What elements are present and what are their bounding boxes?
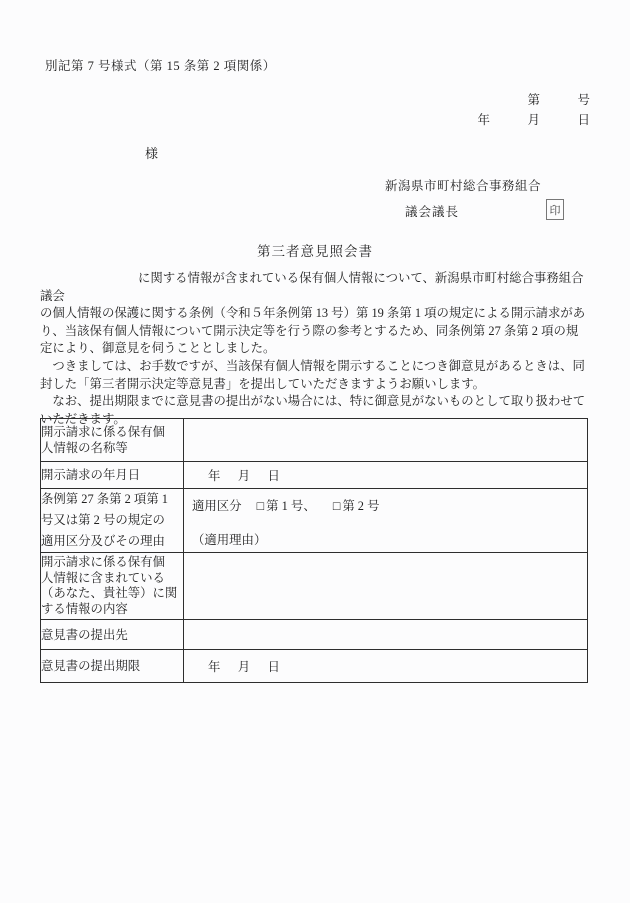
form-number: 別記第 7 号様式（第 15 条第 2 項関係） xyxy=(45,56,276,74)
checkbox-icon: □ xyxy=(333,499,340,513)
body-paragraph-1: に関する情報が含まれている保有個人情報について、新潟県市町村総合事務組合議会 の… xyxy=(40,270,592,358)
sender-org-name: 新潟県市町村総合事務組合 xyxy=(385,176,541,194)
doc-number-line: 第 号 xyxy=(477,90,590,110)
doc-number-date-block: 第 号 年 月 日 xyxy=(477,90,590,130)
sender-block: 新潟県市町村総合事務組合 議会議長 印 xyxy=(385,176,595,224)
body-text: に関する情報が含まれている保有個人情報について、新潟県市町村総合事務組合議会 の… xyxy=(40,270,592,428)
option-1: □第 1 号、 xyxy=(257,499,316,513)
checkbox-icon: □ xyxy=(257,499,264,513)
option-2-label: 第 2 号 xyxy=(342,499,379,513)
table-row: 開示請求に係る保有個 人情報に含まれている （あなた、貴社等）に関 する情報の内… xyxy=(41,553,588,620)
row-value-cell: 年 月 日 xyxy=(184,462,588,489)
addressee-line: 様 xyxy=(40,143,158,162)
body-paragraph-2: つきましては、お手数ですが、当該保有個人情報を開示することにつき御意見があるとき… xyxy=(40,358,592,393)
apply-category-label: 適用区分 xyxy=(192,499,242,513)
table-row: 意見書の提出先 xyxy=(41,620,588,650)
option-1-label: 第 1 号、 xyxy=(266,499,316,513)
table-row: 意見書の提出期限 年 月 日 xyxy=(41,650,588,683)
document-title: 第三者意見照会書 xyxy=(0,240,630,260)
table-row: 条例第 27 条第 2 項第 1 号又は第 2 号の規定の 適用区分及びその理由… xyxy=(41,489,588,553)
row-value-cell: 年 月 日 xyxy=(184,650,588,683)
row-value-cell xyxy=(184,419,588,462)
doc-date-line: 年 月 日 xyxy=(477,110,590,130)
row-label: 開示請求に係る保有個 人情報に含まれている （あなた、貴社等）に関 する情報の内… xyxy=(41,553,184,620)
row-label: 開示請求に係る保有個 人情報の名称等 xyxy=(41,419,184,462)
form-table: 開示請求に係る保有個 人情報の名称等 開示請求の年月日 年 月 日 条例第 27… xyxy=(40,418,588,683)
seal-box: 印 xyxy=(546,199,564,220)
table-row: 開示請求の年月日 年 月 日 xyxy=(41,462,588,489)
row-label: 開示請求の年月日 xyxy=(41,462,184,489)
row-value-cell: 適用区分 □第 1 号、 □第 2 号 （適用理由） xyxy=(184,489,588,553)
row-label: 意見書の提出先 xyxy=(41,620,184,650)
row-label: 意見書の提出期限 xyxy=(41,650,184,683)
seal-icon: 印 xyxy=(550,202,561,218)
row-value-cell xyxy=(184,553,588,620)
document-page: 別記第 7 号様式（第 15 条第 2 項関係） 第 号 年 月 日 様 新潟県… xyxy=(0,0,630,903)
row-value-cell xyxy=(184,620,588,650)
option-2: □第 2 号 xyxy=(333,499,380,513)
apply-category-line: 適用区分 □第 1 号、 □第 2 号 xyxy=(192,496,587,514)
row-label: 条例第 27 条第 2 項第 1 号又は第 2 号の規定の 適用区分及びその理由 xyxy=(41,489,184,553)
sender-org-title: 議会議長 xyxy=(405,202,459,220)
apply-reason-label: （適用理由） xyxy=(192,530,587,548)
addressee-honorific: 様 xyxy=(145,146,158,161)
table-row: 開示請求に係る保有個 人情報の名称等 xyxy=(41,419,588,462)
